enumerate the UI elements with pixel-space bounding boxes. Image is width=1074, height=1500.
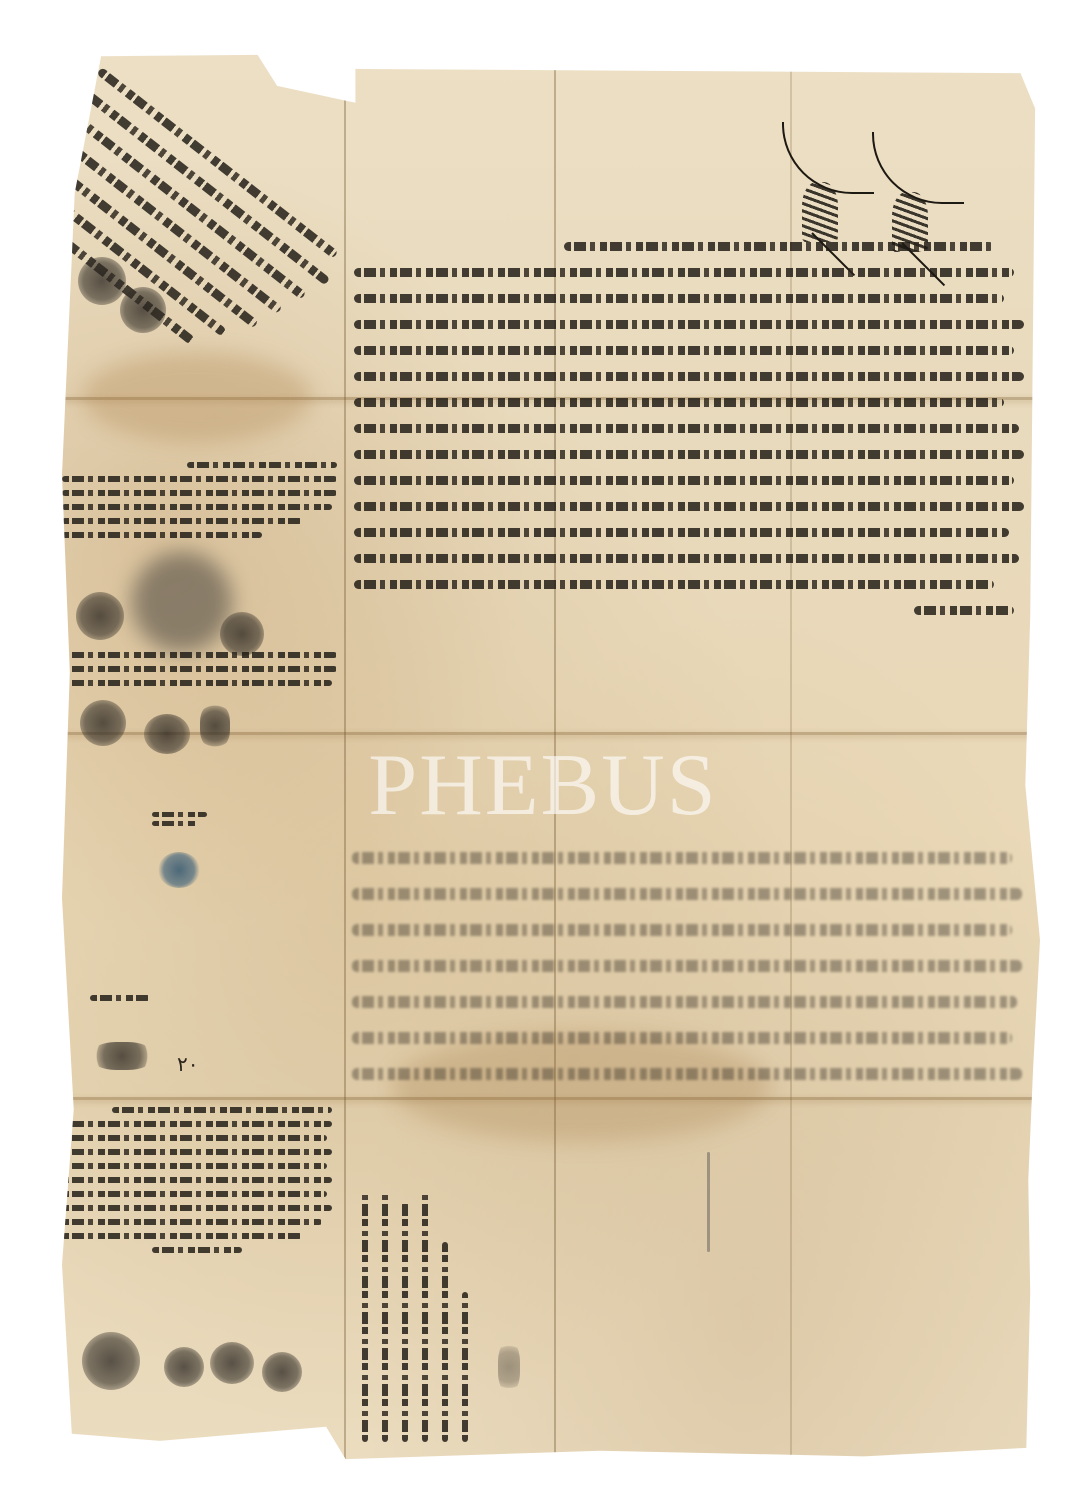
main-text-block — [354, 242, 1024, 632]
blue-seal-stamp — [158, 852, 200, 888]
pencil-marks — [692, 1152, 732, 1252]
oval-seal-stamp — [498, 1342, 520, 1392]
seal-stamp — [200, 704, 230, 748]
seal-stamp — [80, 700, 126, 746]
seal-stamp — [76, 592, 124, 640]
faded-text-block — [352, 852, 1022, 1104]
bottom-left-text-block — [62, 1107, 337, 1261]
seal-stamp — [220, 612, 264, 656]
vertical-text-column — [362, 1252, 612, 1442]
seal-stamp — [82, 1332, 140, 1390]
marginal-notes-lower — [62, 652, 342, 694]
oval-seal-stamp — [92, 1042, 152, 1070]
margin-number: ۲۰ — [177, 1052, 198, 1076]
marginal-notes-middle — [62, 462, 342, 546]
ink-blot — [132, 552, 232, 652]
diagonal-marginal-notes — [0, 67, 354, 407]
tughra-signature — [782, 122, 852, 262]
small-note — [152, 812, 212, 830]
seal-stamp — [262, 1352, 302, 1392]
seal-stamp — [144, 714, 190, 754]
signature-note — [90, 995, 160, 1018]
seal-stamp — [78, 257, 126, 305]
seal-stamp — [210, 1342, 254, 1384]
seal-stamp — [120, 287, 166, 333]
phebus-watermark: PHEBUS — [333, 742, 753, 830]
seal-stamp — [164, 1347, 204, 1387]
